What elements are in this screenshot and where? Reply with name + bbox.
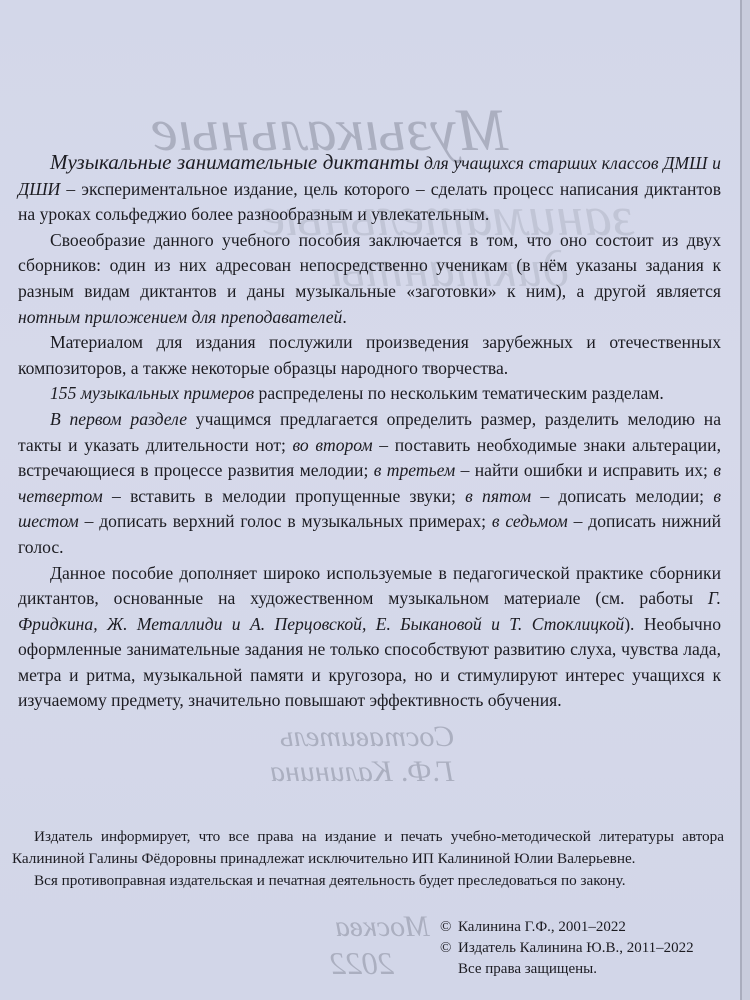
section-3-text: – найти ошибки и исправить их;: [455, 460, 713, 480]
section-2-label: во втором: [293, 435, 373, 455]
page-edge-shadow: [742, 0, 750, 1000]
section-1-label: В первом разделе: [50, 409, 187, 429]
book-title: Музыкальные занимательные диктанты: [50, 150, 419, 174]
publisher-notice: Издатель информирует, что все права на и…: [12, 826, 724, 892]
bleed-through-city: Москва: [335, 910, 430, 944]
intro-paragraph: Музыкальные занимательные диктанты для у…: [18, 150, 721, 228]
examples-paragraph: 155 музыкальных примеров распределены по…: [18, 381, 721, 407]
section-5-text: – дописать мелодии;: [531, 486, 713, 506]
intro-text: – экспериментальное издание, цель которо…: [18, 179, 721, 225]
bleed-through-author-label: Составитель: [280, 720, 455, 754]
bleed-through-year: 2022: [330, 945, 394, 982]
copyright-author: ©Калинина Г.Ф., 2001–2022: [440, 917, 694, 938]
examples-text: распределены по нескольким тематическим …: [254, 383, 664, 403]
section-7-label: в седьмом: [492, 511, 568, 531]
bleed-through-author-name: Г.Ф. Калинина: [270, 755, 454, 789]
structure-end: .: [342, 307, 346, 327]
annotation-body: Музыкальные занимательные диктанты для у…: [18, 150, 721, 714]
structure-text: Своеобразие данного учебного пособия зак…: [18, 230, 721, 301]
structure-paragraph: Своеобразие данного учебного пособия зак…: [18, 228, 721, 330]
sections-paragraph: В первом разделе учащимся предлагается о…: [18, 407, 721, 561]
all-rights-reserved: Все права защищены.: [440, 959, 694, 980]
rights-notice: Издатель информирует, что все права на и…: [12, 826, 724, 870]
material-paragraph: Материалом для издания послужили произве…: [18, 330, 721, 381]
section-3-label: в третьем: [374, 460, 455, 480]
copyright-icon: ©: [440, 938, 458, 959]
examples-count: 155 музыкальных примеров: [50, 383, 254, 403]
section-6-text: – дописать верхний голос в музыкальных п…: [79, 511, 492, 531]
teacher-appendix: нотным приложением для преподавателей: [18, 307, 342, 327]
section-4-text: – вставить в мелодии пропущенные звуки;: [103, 486, 465, 506]
all-rights-text: Все права защищены.: [458, 961, 597, 977]
piracy-warning: Вся противоправная издательская и печатн…: [12, 870, 724, 892]
copyright-block: ©Калинина Г.Ф., 2001–2022 ©Издатель Кали…: [440, 917, 694, 980]
copyright-publisher-text: Издатель Калинина Ю.В., 2011–2022: [458, 940, 694, 956]
supplement-paragraph: Данное пособие дополняет широко использу…: [18, 561, 721, 715]
page-edge-line: [740, 0, 742, 1000]
copyright-publisher: ©Издатель Калинина Ю.В., 2011–2022: [440, 938, 694, 959]
copyright-icon: ©: [440, 917, 458, 938]
copyright-author-text: Калинина Г.Ф., 2001–2022: [458, 919, 626, 935]
section-5-label: в пятом: [465, 486, 531, 506]
supplement-text: Данное пособие дополняет широко использу…: [18, 563, 721, 609]
